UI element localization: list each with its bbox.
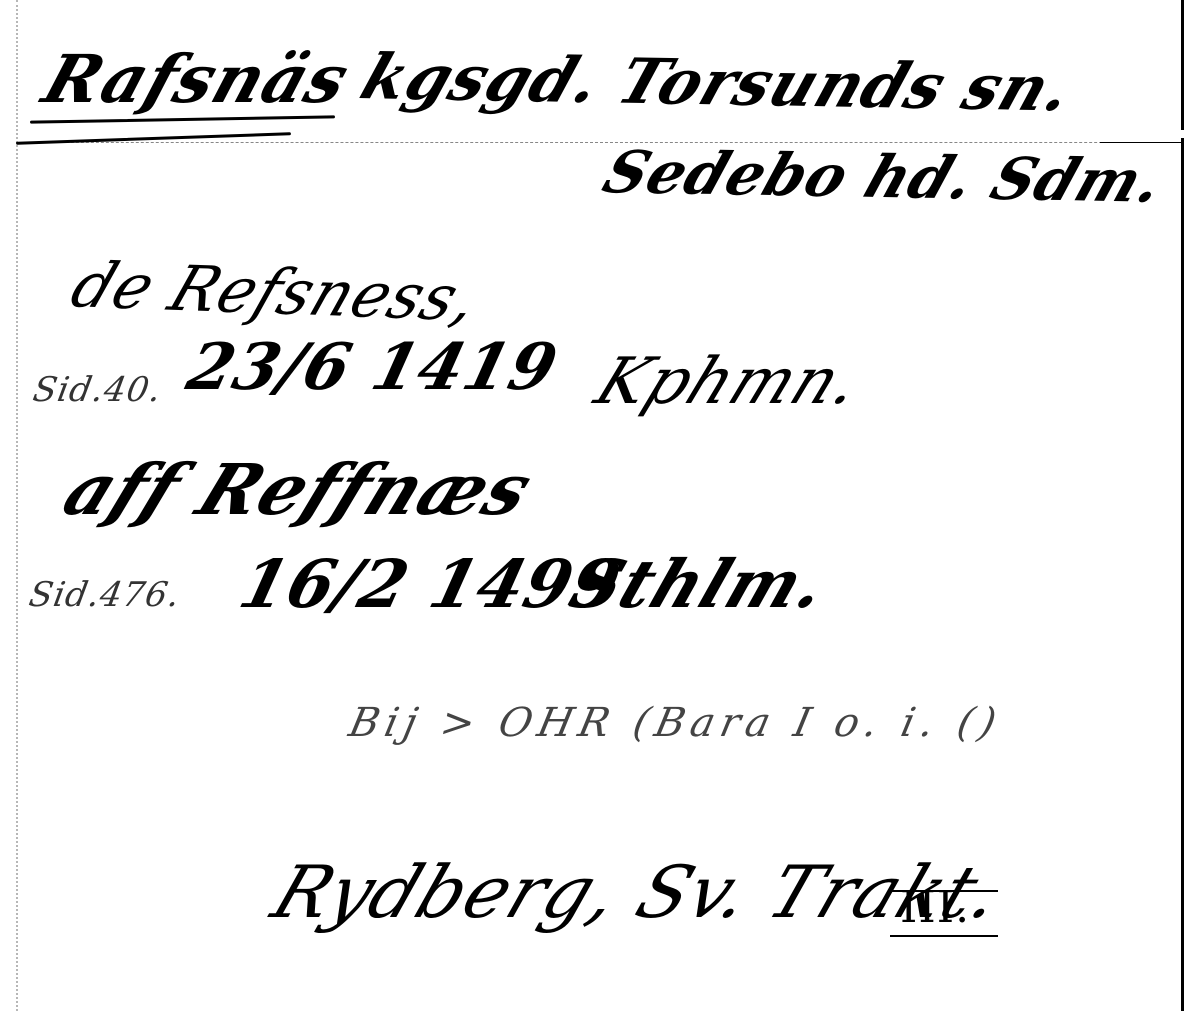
headword: Rafsnäs (34, 40, 359, 118)
form-1: de Refsness, (62, 248, 490, 335)
district-line: Sedebo hd. Sdm. (595, 138, 1173, 216)
guide-line (16, 142, 1182, 143)
ref-2-place: Sthlm. (560, 545, 838, 623)
pencil-note: Bij > OHR (Bara I o. i. () (345, 700, 1006, 746)
form-2: aff Reffnæs (52, 448, 545, 531)
volume-underline (890, 935, 998, 937)
ref-1-place: Kphmn. (585, 345, 873, 419)
guide-line-end (1100, 142, 1182, 143)
card-left-edge (16, 0, 20, 1011)
volume-overline (890, 890, 998, 892)
parish-line: kgsgd. Torsunds sn. (352, 40, 1082, 125)
ref-2-page: Sid.476. (26, 575, 184, 615)
archive-card: Rafsnäs kgsgd. Torsunds sn. Sedebo hd. S… (0, 0, 1184, 1011)
ref-1-page: Sid.40. (30, 370, 165, 410)
ref-1-date: 23/6 1419 (180, 330, 565, 405)
